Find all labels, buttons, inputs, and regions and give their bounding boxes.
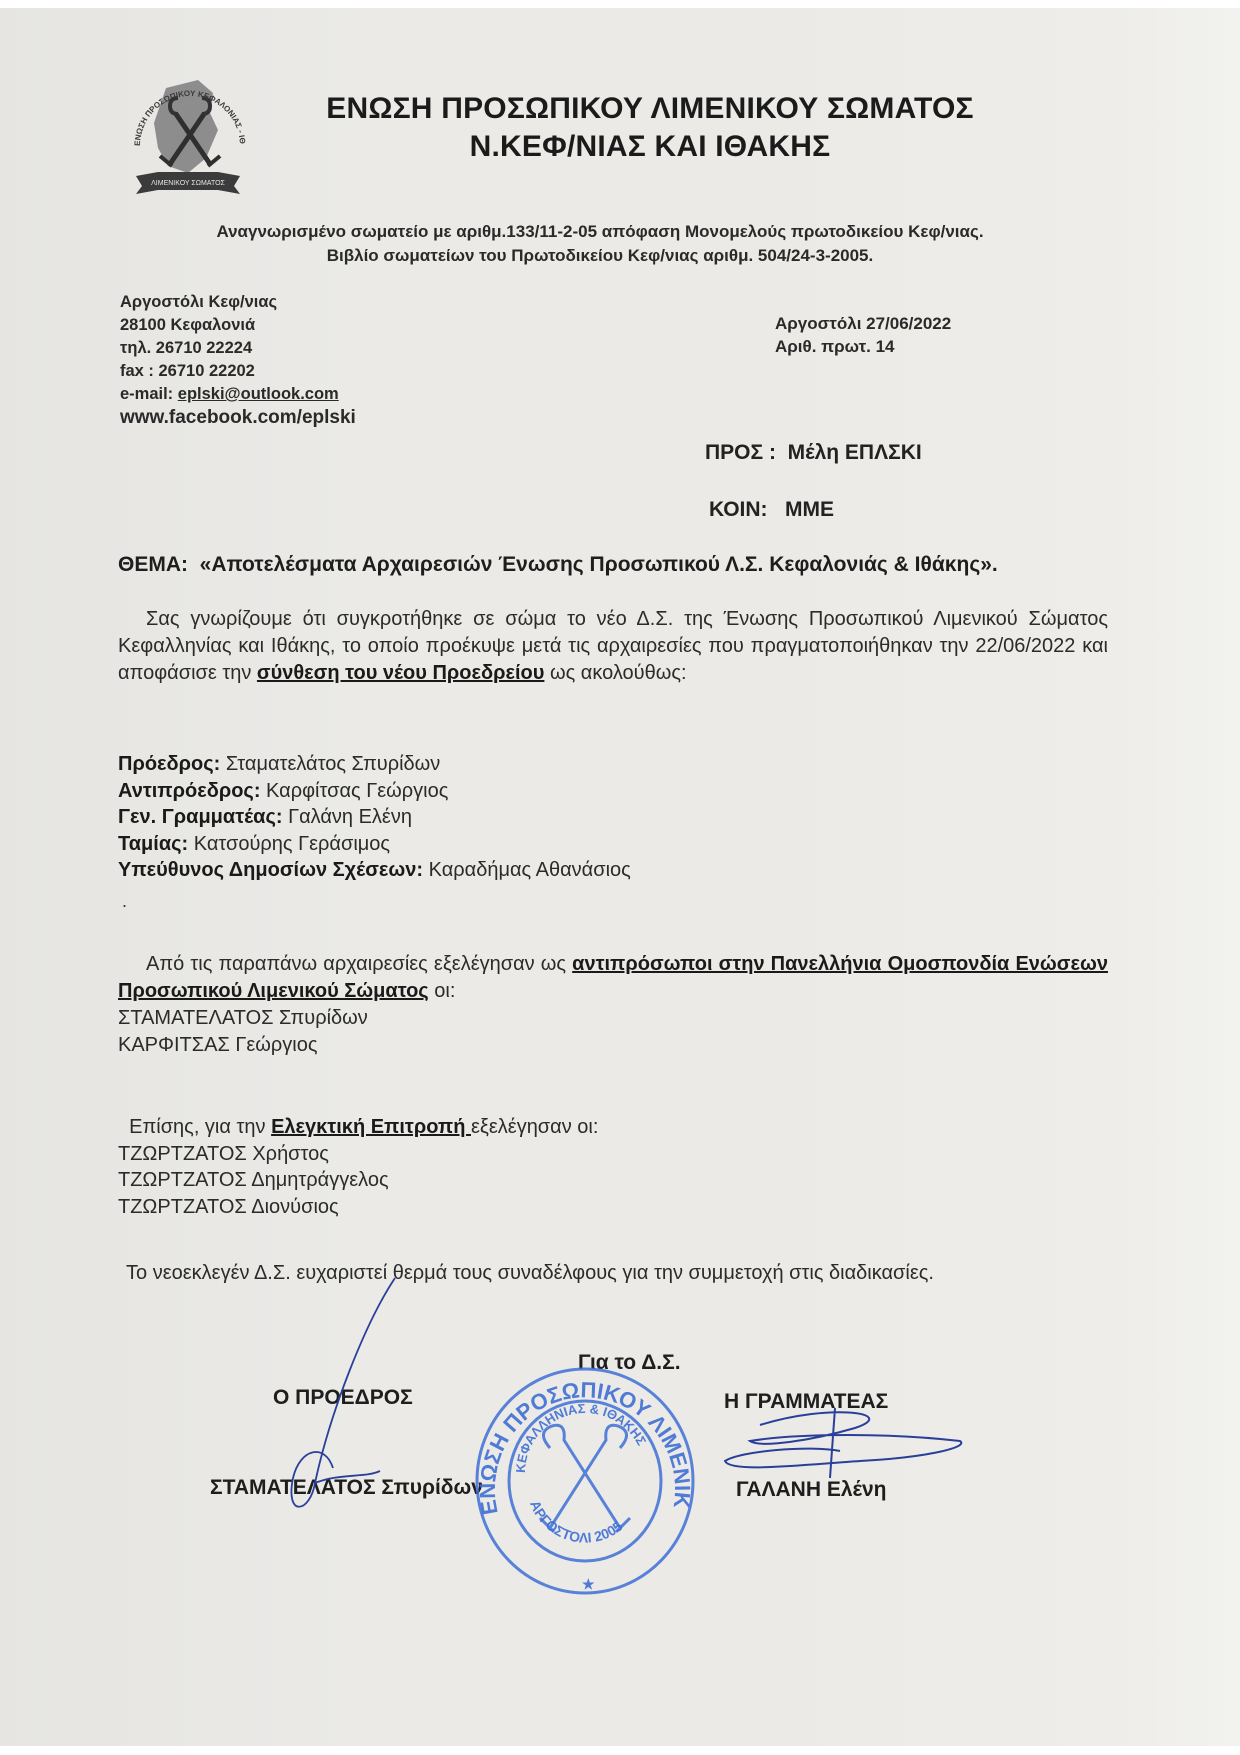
recognition-line-2: Βιβλίο σωματείων του Πρωτοδικείου Κεφ/νι… [100, 244, 1100, 268]
stray-mark: . [122, 891, 127, 912]
board-list: Πρόεδρος: Σταματελάτος Σπυρίδων Αντιπρόε… [118, 751, 631, 884]
president-name: ΣΤΑΜΑΤΕΛΑΤΟΣ Σπυρίδων [210, 1476, 483, 1500]
email-label: e-mail: [120, 385, 178, 403]
board-role: Ταμίας: [118, 833, 188, 855]
audit-text-end: εξελέγησαν οι: [471, 1116, 598, 1138]
cc-row: ΚΟΙΝ: ΜΜΕ [709, 498, 834, 522]
board-item: Αντιπρόεδρος: Καρφίτσας Γεώργιος [118, 778, 631, 805]
audit-member: ΤΖΩΡΤΖΑΤΟΣ Χρήστος [118, 1141, 598, 1168]
logo-ribbon-text: ΛΙΜΕΝΙΚΟΥ ΣΩΜΑΤΟΣ [151, 180, 225, 187]
title-line-2: Ν.ΚΕΦ/ΝΙΑΣ ΚΑΙ ΙΘΑΚΗΣ [290, 128, 1010, 166]
star-icon: ★ [582, 1576, 595, 1592]
date-block: Αργοστόλι 27/06/2022 Αριθ. πρωτ. 14 [775, 312, 951, 358]
union-emblem-icon: ΕΝΩΣΗ ΠΡΟΣΩΠΙΚΟΥ ΚΕΦΑΛΟΝΙΑΣ - ΙΘΑΚΗΣ ΛΙΜ… [118, 68, 258, 198]
subject-line: ΘΕΜΑ: «Αποτελέσματα Αρχαιρεσιών Ένωσης Π… [118, 553, 998, 577]
title-line-1: ΕΝΩΣΗ ΠΡΟΣΩΠΙΚΟΥ ΛΙΜΕΝΙΚΟΥ ΣΩΜΑΤΟΣ [290, 90, 1010, 128]
audit-section: Επίσης, για την Ελεγκτική Επιτροπή εξελέ… [118, 1114, 598, 1220]
date-line: Αργοστόλι 27/06/2022 [775, 312, 951, 335]
email-link[interactable]: eplski@outlook.com [178, 385, 339, 403]
federation-paragraph: Από τις παραπάνω αρχαιρεσίες εξελέγησαν … [118, 951, 1108, 1005]
facebook-link[interactable]: www.facebook.com/eplski [120, 406, 356, 429]
federation-text-end: οι: [429, 980, 456, 1002]
secretary-name: ΓΑΛΑΝΗ Ελένη [736, 1478, 887, 1502]
audit-member: ΤΖΩΡΤΖΑΤΟΣ Διονύσιος [118, 1194, 598, 1221]
intro-emphasis: σύνθεση του νέου Προεδρείου [257, 662, 544, 684]
official-stamp-icon: ΕΝΩΣΗ ΠΡΟΣΩΠΙΚΟΥ ΛΙΜΕΝΙΚΟΥ ΣΩΜΑΤΟΣ ΚΕΦΑΛ… [470, 1353, 700, 1603]
contact-email-row: e-mail: eplski@outlook.com [120, 383, 356, 406]
recipient-row: ΠΡΟΣ : Μέλη ΕΠΛΣΚΙ [705, 441, 922, 465]
to-label: ΠΡΟΣ : [705, 441, 776, 464]
board-item: Γεν. Γραμματέας: Γαλάνη Ελένη [118, 804, 631, 831]
federation-text: Από τις παραπάνω αρχαιρεσίες εξελέγησαν … [146, 953, 572, 975]
protocol-number: Αριθ. πρωτ. 14 [775, 335, 951, 358]
stamp-bottom-text: ΑΡΓΟΣΤΟΛΙ 2005 [527, 1498, 626, 1546]
board-member: Σταματελάτος Σπυρίδων [220, 753, 440, 775]
organization-title: ΕΝΩΣΗ ΠΡΟΣΩΠΙΚΟΥ ΛΙΜΕΝΙΚΟΥ ΣΩΜΑΤΟΣ Ν.ΚΕΦ… [290, 90, 1010, 166]
subject-text: «Αποτελέσματα Αρχαιρεσιών Ένωσης Προσωπι… [200, 553, 998, 576]
federation-members: ΣΤΑΜΑΤΕΛΑΤΟΣ Σπυρίδων ΚΑΡΦΙΤΣΑΣ Γεώργιος [118, 1005, 368, 1058]
closing-paragraph: Το νεοεκλεγέν Δ.Σ. ευχαριστεί θερμά τους… [118, 1260, 1108, 1287]
contact-fax: fax : 26710 22202 [120, 360, 356, 383]
intro-text-end: ως ακολούθως: [544, 662, 686, 684]
cc-value: ΜΜΕ [785, 498, 834, 521]
svg-text:ΑΡΓΟΣΤΟΛΙ 2005: ΑΡΓΟΣΤΟΛΙ 2005 [527, 1498, 626, 1546]
president-title: Ο ΠΡΟΕΔΡΟΣ [273, 1386, 413, 1410]
board-item: Υπεύθυνος Δημοσίων Σχέσεων: Καραδήμας Αθ… [118, 857, 631, 884]
closing-text: Το νεοεκλεγέν Δ.Σ. ευχαριστεί θερμά τους… [126, 1262, 934, 1284]
board-member: Γαλάνη Ελένη [283, 806, 412, 828]
federation-member: ΣΤΑΜΑΤΕΛΑΤΟΣ Σπυρίδων [118, 1005, 368, 1032]
audit-member: ΤΖΩΡΤΖΑΤΟΣ Δημητράγγελος [118, 1167, 598, 1194]
intro-paragraph: Σας γνωρίζουμε ότι συγκροτήθηκε σε σώμα … [118, 606, 1108, 687]
board-item: Πρόεδρος: Σταματελάτος Σπυρίδων [118, 751, 631, 778]
contact-postal: 28100 Κεφαλονιά [120, 314, 356, 337]
recognition-note: Αναγνωρισμένο σωματείο με αριθμ.133/11-2… [100, 220, 1100, 268]
federation-member: ΚΑΡΦΙΤΣΑΣ Γεώργιος [118, 1032, 368, 1059]
contact-city: Αργοστόλι Κεφ/νιας [120, 291, 356, 314]
board-role: Υπεύθυνος Δημοσίων Σχέσεων: [118, 859, 423, 881]
letter-page: ΕΝΩΣΗ ΠΡΟΣΩΠΙΚΟΥ ΚΕΦΑΛΟΝΙΑΣ - ΙΘΑΚΗΣ ΛΙΜ… [0, 8, 1240, 1746]
cc-label: ΚΟΙΝ: [709, 498, 768, 521]
board-role: Αντιπρόεδρος: [118, 780, 260, 802]
board-role: Γεν. Γραμματέας: [118, 806, 283, 828]
secretary-title: Η ΓΡΑΜΜΑΤΕΑΣ [724, 1390, 888, 1414]
recognition-line-1: Αναγνωρισμένο σωματείο με αριθμ.133/11-2… [100, 220, 1100, 244]
contact-phone: τηλ. 26710 22224 [120, 337, 356, 360]
board-item: Ταμίας: Κατσούρης Γεράσιμος [118, 831, 631, 858]
audit-text: Επίσης, για την [129, 1116, 271, 1138]
audit-intro: Επίσης, για την Ελεγκτική Επιτροπή εξελέ… [118, 1114, 598, 1141]
board-member: Κατσούρης Γεράσιμος [188, 833, 390, 855]
audit-emphasis: Ελεγκτική Επιτροπή [271, 1116, 471, 1138]
subject-label: ΘΕΜΑ: [118, 553, 188, 576]
to-value: Μέλη ΕΠΛΣΚΙ [788, 441, 922, 464]
board-role: Πρόεδρος: [118, 753, 220, 775]
board-member: Καρφίτσας Γεώργιος [260, 780, 448, 802]
contact-block: Αργοστόλι Κεφ/νιας 28100 Κεφαλονιά τηλ. … [120, 291, 356, 429]
board-member: Καραδήμας Αθανάσιος [423, 859, 631, 881]
